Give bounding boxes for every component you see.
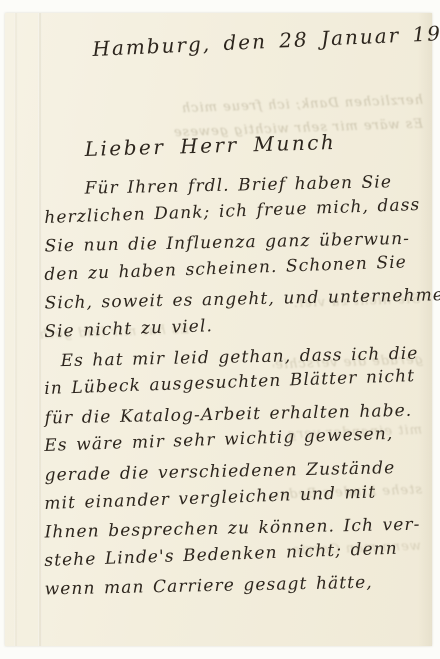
letter-salutation: Lieber Herr Munch xyxy=(84,130,336,161)
fold-crease xyxy=(38,13,42,646)
letter-line: wenn man Carriere gesagt hätte, xyxy=(44,572,422,608)
letter-body: Für Ihren frdl. Brief haben Sie herzlich… xyxy=(45,179,422,608)
letter-dateline: Hamburg, den 28 Januar 1908 xyxy=(92,20,440,61)
letter-scan: herzlichen Dank; ich freue mich, dass Es… xyxy=(0,0,440,659)
fold-crease xyxy=(14,13,18,646)
showthrough-text: herzlichen Dank; ich freue mich, dass xyxy=(183,93,423,116)
letter-paper: herzlichen Dank; ich freue mich, dass Es… xyxy=(5,13,432,646)
